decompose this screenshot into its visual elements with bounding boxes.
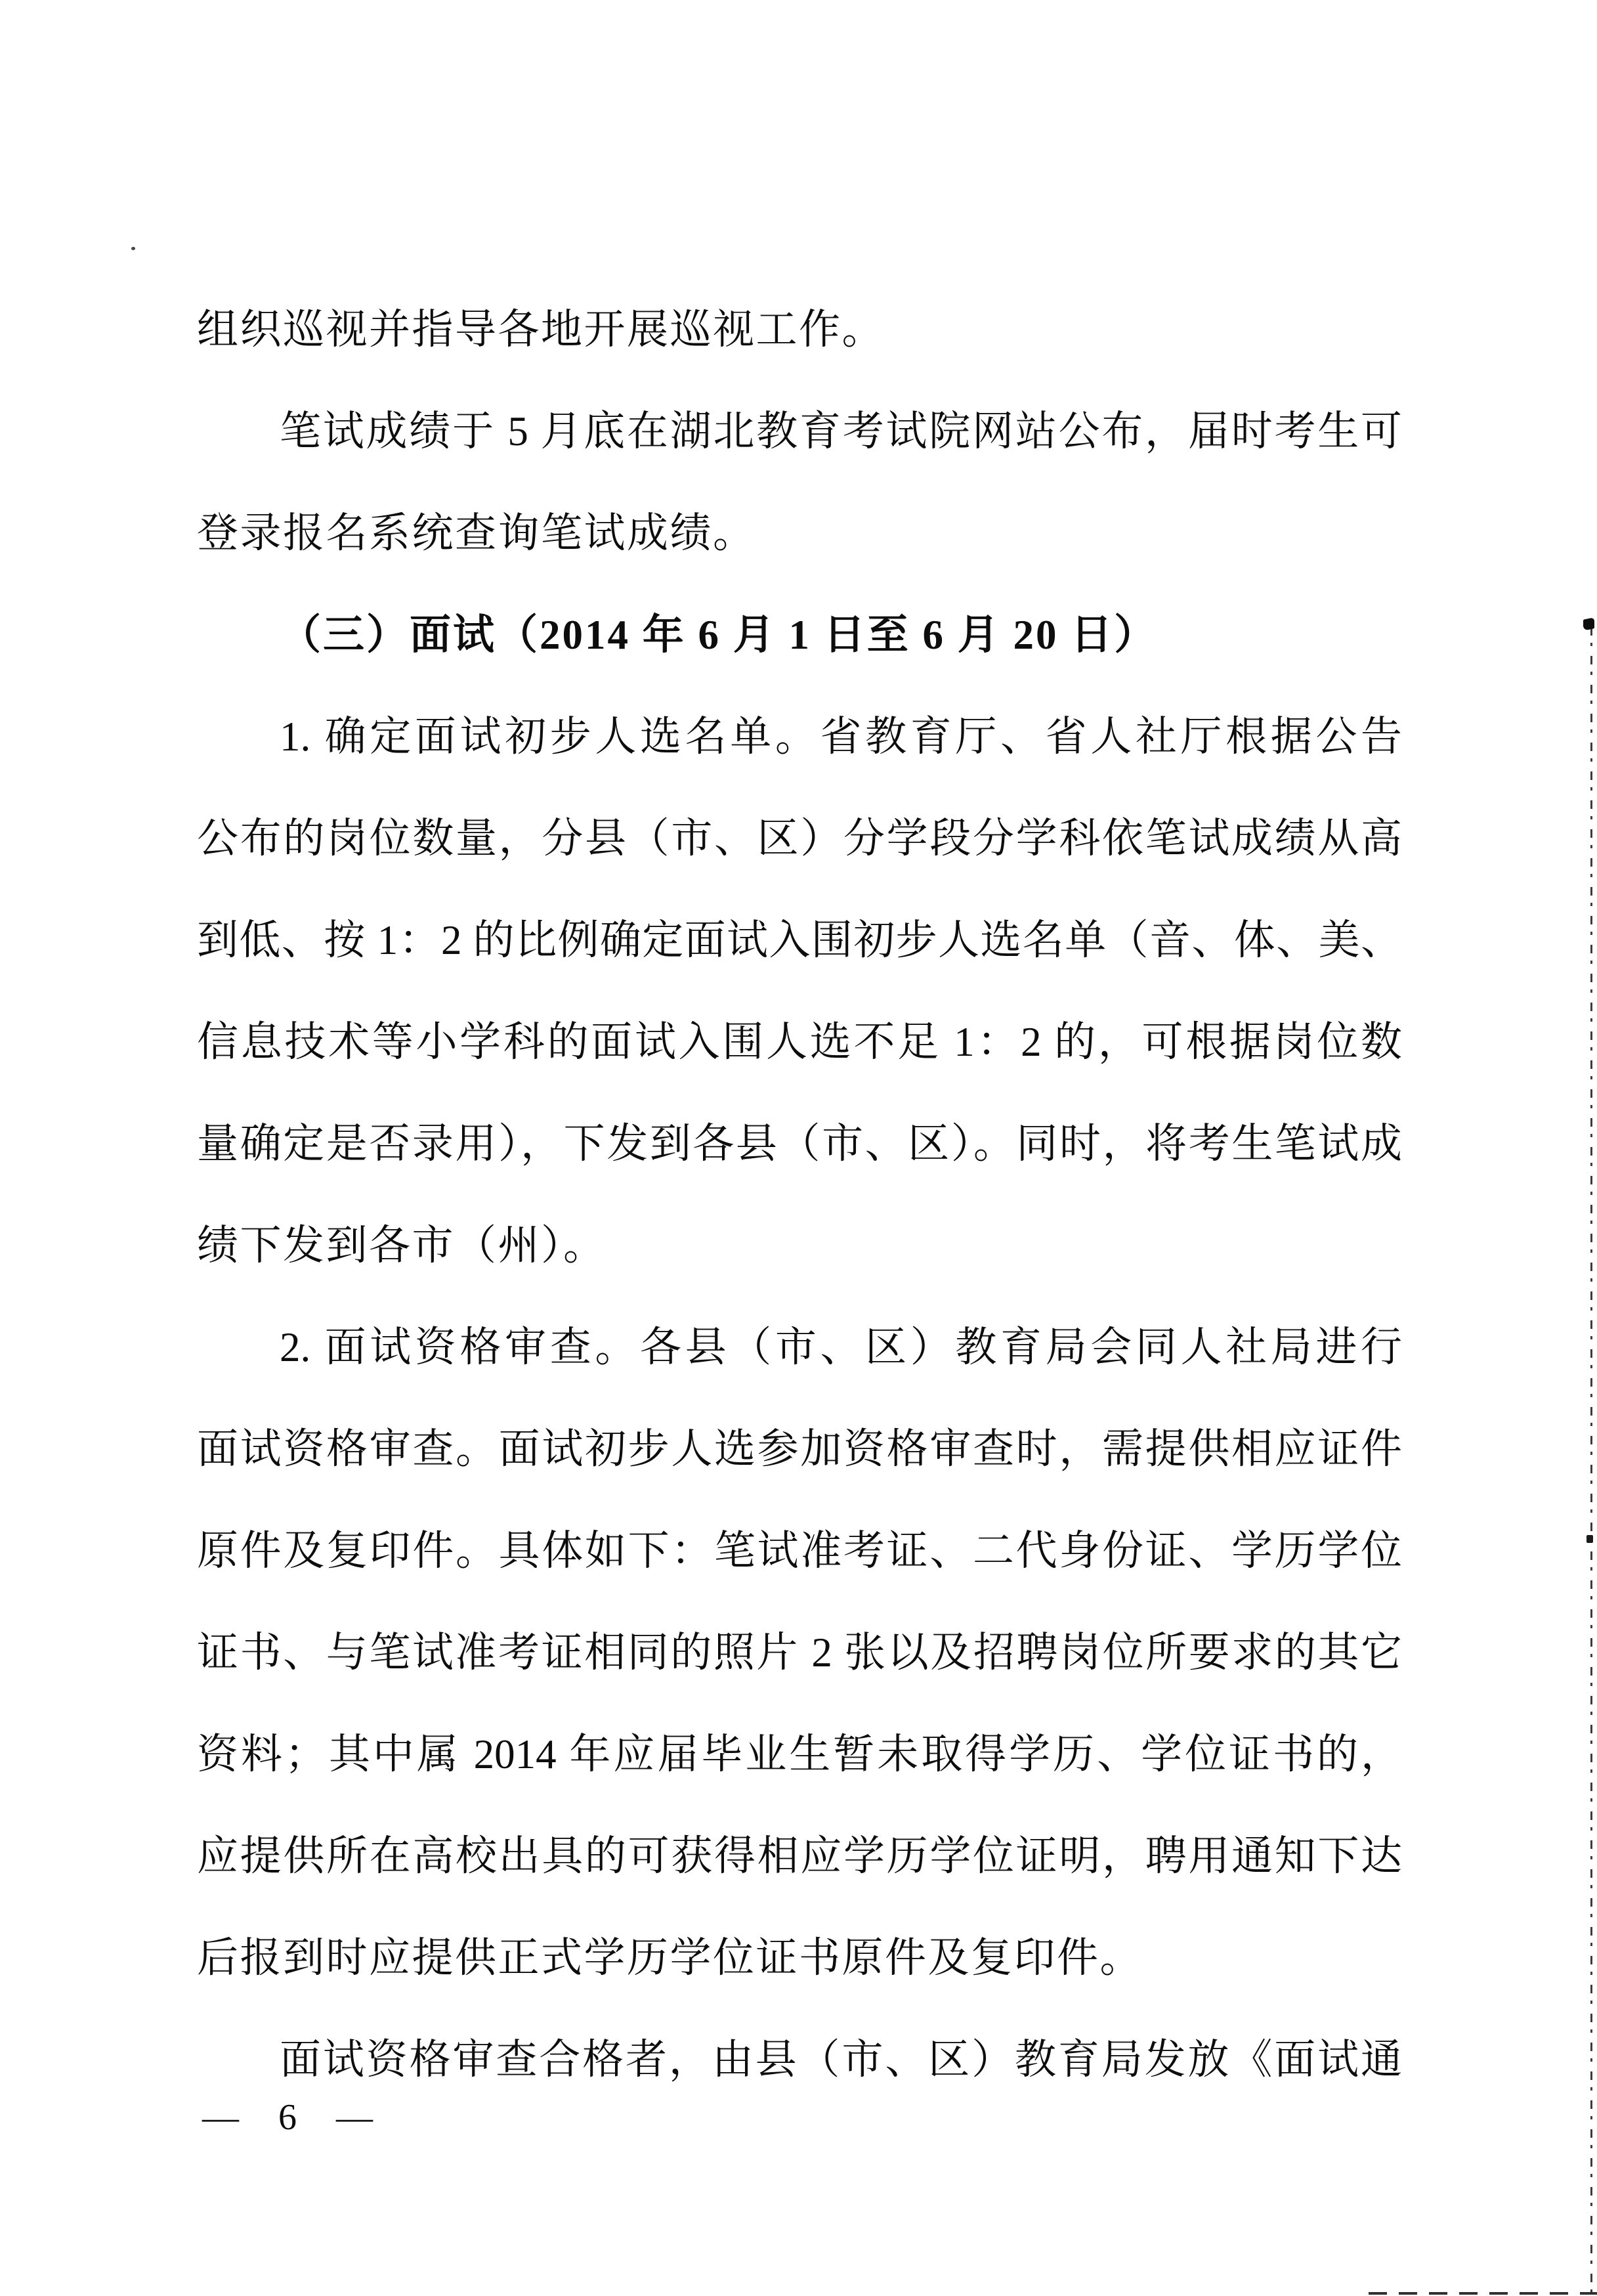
text-line: 公布的岗位数量，分县（市、区）分学段分学科依笔试成绩从高 [197,788,1402,890]
document-body: 组织巡视并指导各地开展巡视工作。笔试成绩于 5 月底在湖北教育考试院网站公布，届… [197,279,1402,2111]
text-line: 面试资格审查合格者，由县（市、区）教育局发放《面试通 [197,2009,1402,2111]
text-line: 1. 确定面试初步人选名单。省教育厅、省人社厅根据公告 [197,686,1402,788]
text-line: 证书、与笔试准考证相同的照片 2 张以及招聘岗位所要求的其它 [197,1602,1402,1704]
text-line: 原件及复印件。具体如下：笔试准考证、二代身份证、学历学位 [197,1500,1402,1602]
scan-speck [131,247,135,250]
scan-edge-blob [1583,617,1594,631]
text-line: 到低、按 1：2 的比例确定面试入围初步人选名单（音、体、美、 [197,890,1402,991]
scan-bottom-line [1369,2292,1597,2295]
text-line: 面试资格审查。面试初步人选参加资格审查时，需提供相应证件 [197,1398,1402,1500]
heading-line: （三）面试（2014 年 6 月 1 日至 6 月 20 日） [197,584,1402,686]
scan-edge-blob [1586,1535,1593,1543]
text-line: 量确定是否录用），下发到各县（市、区）。同时，将考生笔试成 [197,1093,1402,1195]
text-line: 后报到时应提供正式学历学位证书原件及复印件。 [197,1907,1402,2009]
text-line: 资料；其中属 2014 年应届毕业生暂未取得学历、学位证书的， [197,1704,1402,1806]
text-line: 笔试成绩于 5 月底在湖北教育考试院网站公布，届时考生可 [197,381,1402,483]
page-number: — 6 — [202,2085,377,2150]
text-line: 登录报名系统查询笔试成绩。 [197,483,1402,584]
text-line: 绩下发到各市（州）。 [197,1195,1402,1297]
text-line: 应提供所在高校出具的可获得相应学历学位证明，聘用通知下达 [197,1806,1402,1907]
text-line: 组织巡视并指导各地开展巡视工作。 [197,279,1402,381]
text-line: 信息技术等小学科的面试入围人选不足 1：2 的，可根据岗位数 [197,991,1402,1093]
scan-edge-line [1590,627,1592,2296]
text-line: 2. 面试资格审查。各县（市、区）教育局会同人社局进行 [197,1297,1402,1398]
document-page: 组织巡视并指导各地开展巡视工作。笔试成绩于 5 月底在湖北教育考试院网站公布，届… [0,0,1597,2296]
